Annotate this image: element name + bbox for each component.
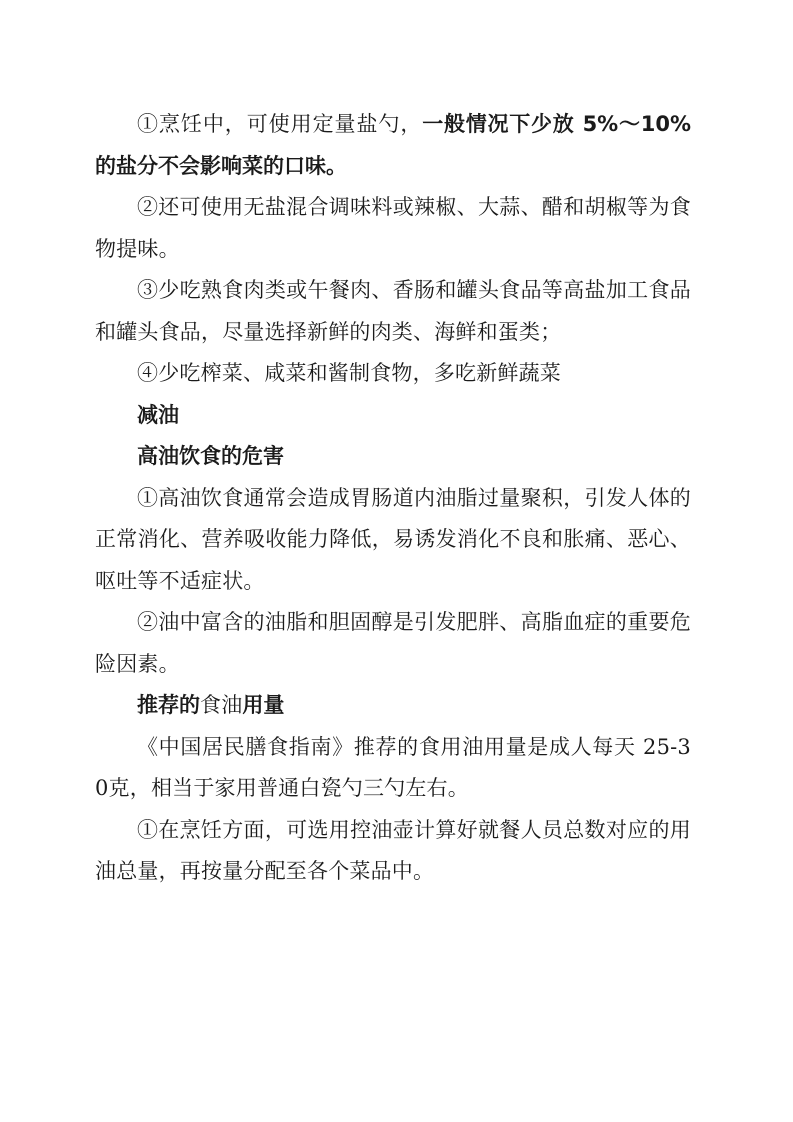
text-run: ④少吃榨菜、咸菜和酱制食物，多吃新鲜蔬菜 [137, 361, 561, 385]
bold-text-run: 减油 [137, 403, 179, 427]
paragraph: ②油中富含的油脂和胆固醇是引发肥胖、高脂血症的重要危险因素。 [95, 602, 691, 685]
text-run: ③少吃熟食肉类或午餐肉、香肠和罐头食品等高盐加工食品和罐头食品，尽量选择新鲜的肉… [95, 278, 691, 344]
paragraph: 《中国居民膳食指南》推荐的食用油用量是成人每天 25-30克，相当于家用普通白瓷… [95, 727, 691, 810]
text-run: ②油中富含的油脂和胆固醇是引发肥胖、高脂血症的重要危险因素。 [95, 610, 691, 676]
heading: 减油 [95, 395, 691, 437]
heading: 推荐的食油用量 [95, 685, 691, 727]
bold-text-run: 用量 [242, 693, 284, 717]
paragraph: ①在烹饪方面，可选用控油壶计算好就餐人员总数对应的用油总量，再按量分配至各个菜品… [95, 810, 691, 893]
document-page: ①烹饪中，可使用定量盐勺，一般情况下少放 5%～10%的盐分不会影响菜的口味。②… [0, 0, 793, 1122]
text-run: 《中国居民膳食指南》推荐的食用油用量是成人每天 25-30克，相当于家用普通白瓷… [95, 735, 691, 801]
text-run: 食油 [200, 693, 242, 717]
text-run: ①高油饮食通常会造成胃肠道内油脂过量聚积，引发人体的正常消化、营养吸收能力降低，… [95, 486, 691, 593]
text-run: ①烹饪中，可使用定量盐勺， [137, 112, 422, 136]
paragraph: ①高油饮食通常会造成胃肠道内油脂过量聚积，引发人体的正常消化、营养吸收能力降低，… [95, 478, 691, 603]
bold-text-run: 推荐的 [137, 693, 200, 717]
paragraph: ①烹饪中，可使用定量盐勺，一般情况下少放 5%～10%的盐分不会影响菜的口味。 [95, 104, 691, 187]
paragraph: ②还可使用无盐混合调味料或辣椒、大蒜、醋和胡椒等为食物提味。 [95, 187, 691, 270]
text-run: ①在烹饪方面，可选用控油壶计算好就餐人员总数对应的用油总量，再按量分配至各个菜品… [95, 818, 691, 884]
text-run: ②还可使用无盐混合调味料或辣椒、大蒜、醋和胡椒等为食物提味。 [95, 195, 691, 261]
document-body: ①烹饪中，可使用定量盐勺，一般情况下少放 5%～10%的盐分不会影响菜的口味。②… [95, 104, 691, 893]
paragraph: ④少吃榨菜、咸菜和酱制食物，多吃新鲜蔬菜 [95, 353, 691, 395]
paragraph: ③少吃熟食肉类或午餐肉、香肠和罐头食品等高盐加工食品和罐头食品，尽量选择新鲜的肉… [95, 270, 691, 353]
bold-text-run: 高油饮食的危害 [137, 444, 284, 468]
heading: 高油饮食的危害 [95, 436, 691, 478]
